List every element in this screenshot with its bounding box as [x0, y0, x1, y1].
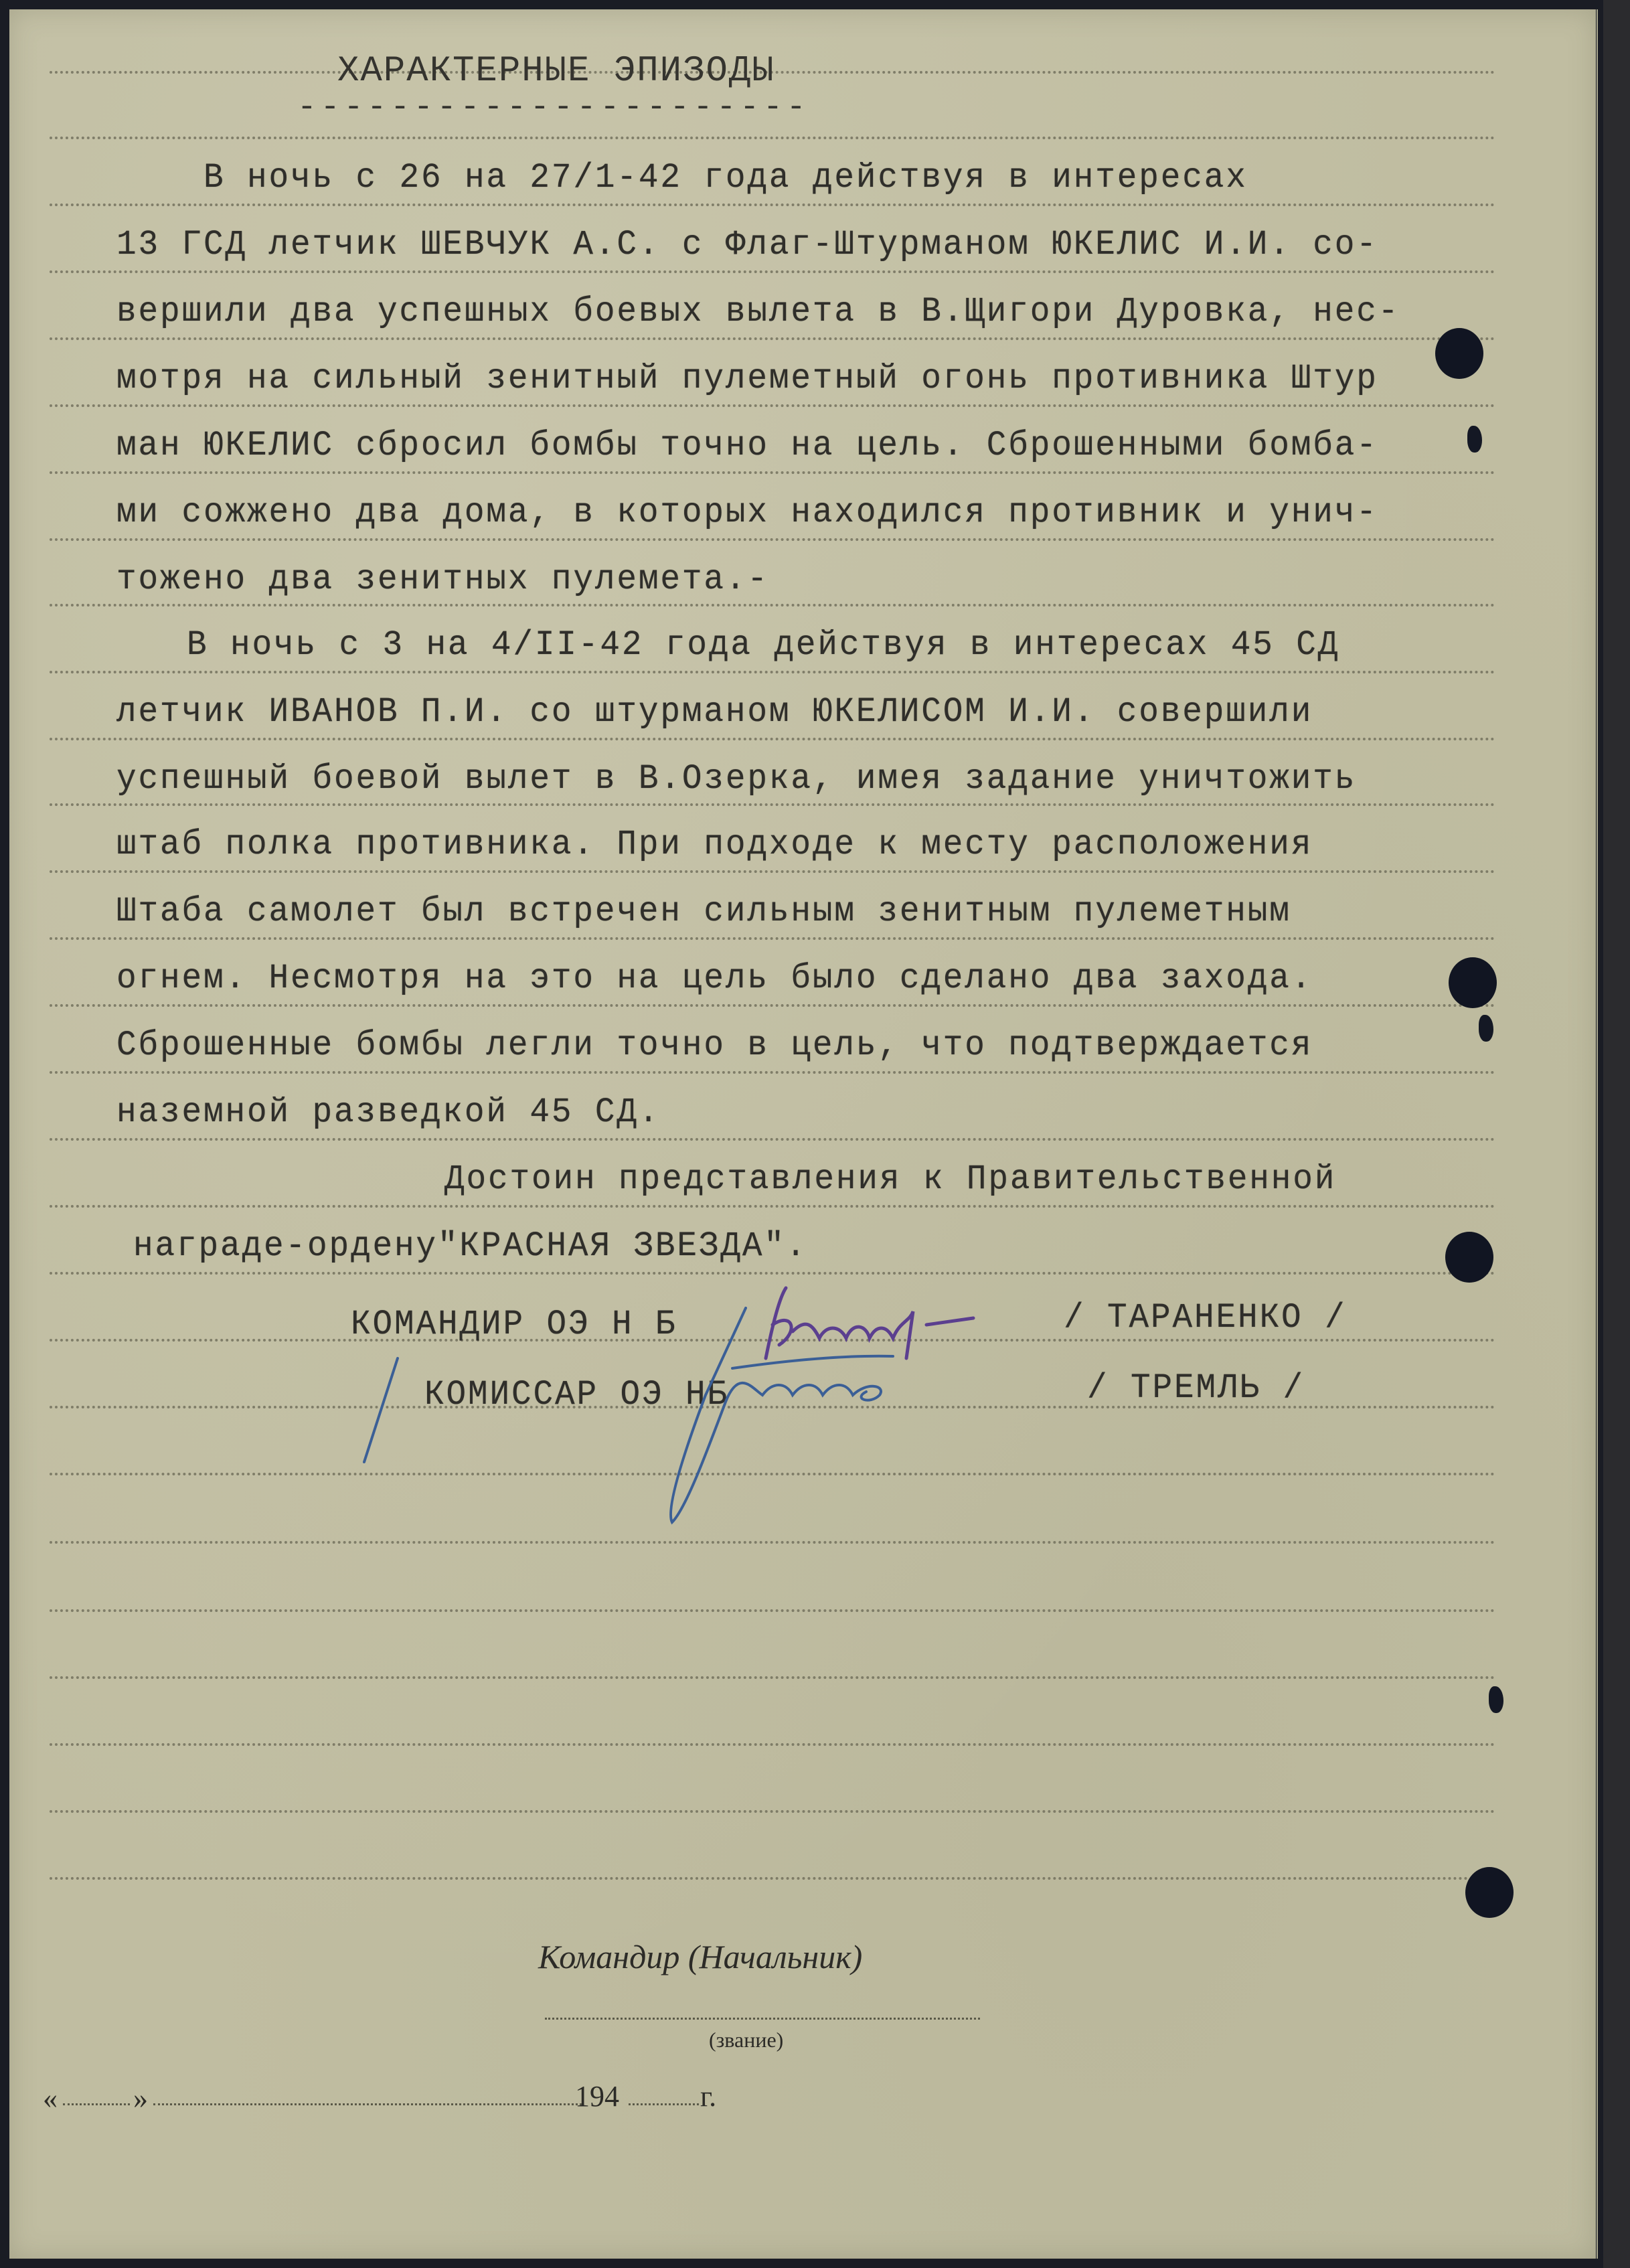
paragraph-1-line: ми сожжено два дома, в которых находился…	[116, 493, 1378, 532]
punch-hole	[1465, 1867, 1514, 1918]
paragraph-2-line: летчик ИВАНОВ П.И. со штурманом ЮКЕЛИСОМ…	[116, 692, 1313, 732]
paper-tear-mark	[1479, 1015, 1493, 1042]
paragraph-1-line: В ночь с 26 на 27/1-42 года действуя в и…	[203, 158, 1248, 197]
rule-line	[50, 1810, 1495, 1813]
paragraph-2-line: успешный боевой вылет в В.Озерка, имея з…	[116, 759, 1356, 799]
rule-line	[50, 937, 1495, 940]
rule-line	[50, 538, 1495, 541]
paragraph-2-line: штаб полка противника. При подходе к мес…	[116, 825, 1313, 864]
paragraph-2-line: огнем. Несмотря на это на цель было сдел…	[116, 959, 1313, 998]
year-suffix: г.	[700, 2079, 716, 2113]
rule-line	[50, 1877, 1495, 1880]
paragraph-2-line: Сброшенные бомбы легли точно в цель, что…	[116, 1026, 1313, 1065]
year-prefix: 194	[575, 2079, 619, 2113]
paragraph-1-line: 13 ГСД летчик ШЕВЧУК А.С. с Флаг-Штурман…	[116, 225, 1378, 264]
scan-border	[1603, 0, 1630, 2268]
rank-caption: (звание)	[709, 2028, 783, 2052]
document-title: ХАРАКТЕРНЫЕ ЭПИЗОДЫ	[337, 51, 775, 92]
recommendation-line: Достоин представления к Правительственно…	[444, 1159, 1336, 1199]
paragraph-2-line: В ночь с 3 на 4/II-42 года действуя в ин…	[187, 625, 1339, 665]
paper-tear-mark	[1467, 426, 1482, 453]
rule-line	[50, 1272, 1495, 1275]
rule-line	[50, 803, 1495, 806]
rule-line	[50, 1138, 1495, 1141]
rule-line	[50, 604, 1495, 606]
paragraph-2-line: Штаба самолет был встречен сильным зенит…	[116, 892, 1291, 931]
punch-hole	[1449, 957, 1497, 1008]
recommendation-line: награде-ордену"КРАСНАЯ ЗВЕЗДА".	[133, 1226, 807, 1266]
month-fill-line	[153, 2103, 582, 2105]
rule-line	[50, 1004, 1495, 1007]
rule-line	[50, 671, 1495, 673]
paragraph-1-line: вершили два успешных боевых вылета в В.Щ…	[116, 292, 1400, 331]
punch-hole	[1435, 328, 1483, 379]
signature-role-commander: КОМАНДИР ОЭ Н Б	[351, 1305, 677, 1344]
paragraph-2-line: наземной разведкой 45 СД.	[116, 1092, 660, 1132]
rule-line	[50, 1609, 1495, 1612]
rule-line	[50, 471, 1495, 474]
rule-line	[50, 270, 1495, 273]
paragraph-1-line: ман ЮКЕЛИС сбросил бомбы точно на цель. …	[116, 426, 1378, 465]
rule-line	[50, 1071, 1495, 1074]
paragraph-1-line: мотря на сильный зенитный пулеметный ого…	[116, 359, 1378, 398]
paper-tear-mark	[1489, 1686, 1503, 1713]
rule-line	[50, 337, 1495, 340]
rule-line	[50, 204, 1495, 206]
signature-name-commissar: / ТРЕМЛЬ /	[1087, 1368, 1305, 1408]
day-fill-line	[63, 2103, 130, 2105]
title-underline: ----------------------	[297, 90, 810, 126]
document-page: ХАРАКТЕРНЫЕ ЭПИЗОДЫ --------------------…	[9, 9, 1596, 2259]
rule-line	[50, 1205, 1495, 1208]
rule-line	[50, 1676, 1495, 1679]
signature-name-commander: / ТАРАНЕНКО /	[1064, 1298, 1346, 1338]
commander-label: Командир (Начальник)	[538, 1937, 862, 1976]
punch-hole	[1445, 1232, 1493, 1283]
paragraph-1-line: тожено два зенитных пулемета.-	[116, 560, 769, 599]
rule-line	[50, 738, 1495, 740]
paper-edge	[1597, 9, 1598, 2259]
date-open-quote: «	[43, 2081, 58, 2115]
year-fill-line	[629, 2103, 699, 2105]
rule-line	[50, 870, 1495, 873]
rule-line	[50, 1743, 1495, 1746]
commissar-signature	[371, 1342, 1040, 1549]
date-close-quote: »	[133, 2081, 148, 2115]
rule-line	[50, 404, 1495, 407]
rule-line	[50, 137, 1495, 139]
rank-fill-line	[545, 2018, 980, 2020]
